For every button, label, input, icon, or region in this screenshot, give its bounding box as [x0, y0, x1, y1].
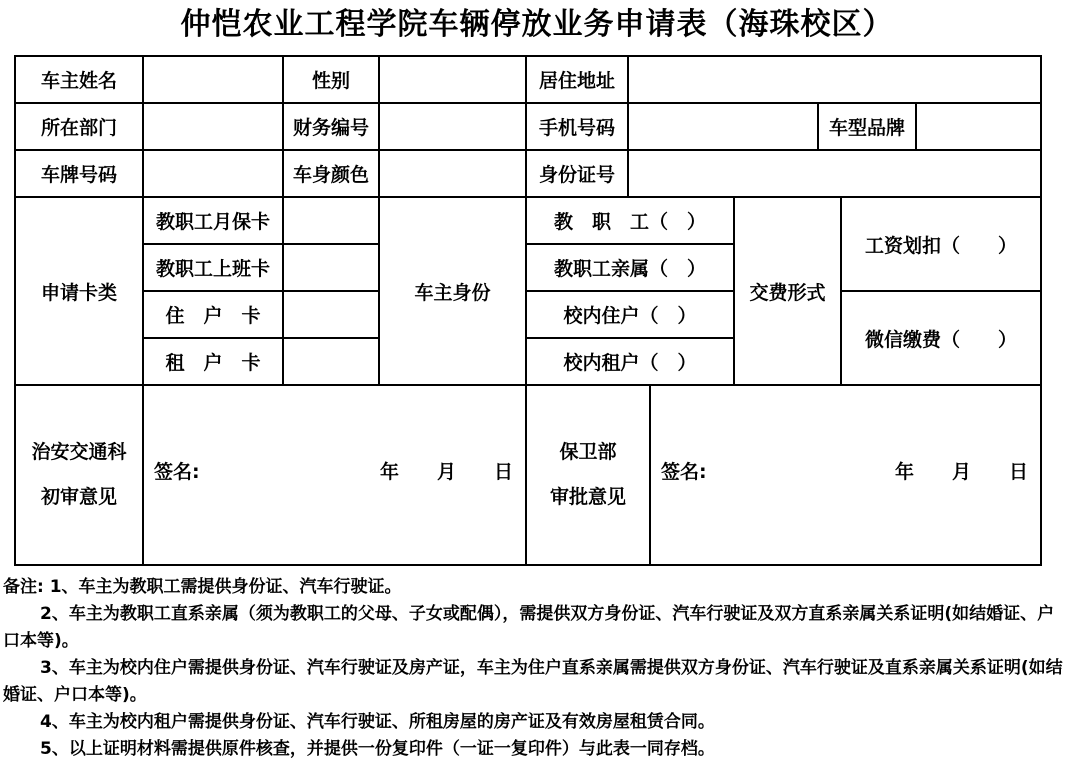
note-line-1: 备注: 1、车主为教职工需提供身份证、汽车行驶证。: [3, 574, 1070, 601]
payment-wechat-option: 微信缴费（ ）: [841, 291, 1041, 385]
info-row-2: 所在部门 财务编号 手机号码 车型品牌: [15, 103, 1041, 150]
owner-identity-header: 车主身份: [379, 197, 526, 385]
note-line-5: 5、以上证明材料需提供原件核查，并提供一份复印件（一证一复印件）与此表一同存档。: [3, 736, 1070, 763]
security-dept-sign-row: 签名: 年 月 日: [651, 457, 1040, 494]
approval-row: 治安交通科 初审意见 签名: 年 月 日 保卫部 审批意见 签名: 年 月 日: [15, 385, 1041, 565]
info-row-1: 车主姓名 性别 居住地址: [15, 56, 1041, 103]
card-type-tenant-label: 租 户 卡: [143, 338, 283, 385]
form-title: 仲恺农业工程学院车辆停放业务申请表（海珠校区）: [0, 6, 1074, 44]
car-brand-label: 车型品牌: [818, 103, 916, 150]
identity-staff-family-option: 教职工亲属（ ）: [526, 244, 734, 291]
security-traffic-review-line2: 初审意见: [16, 475, 142, 520]
security-traffic-review-content: 签名: 年 月 日: [143, 385, 526, 565]
form-page: 仲恺农业工程学院车辆停放业务申请表（海珠校区） 车主姓名 性别 居住地址 所在部…: [0, 6, 1074, 771]
card-type-monthly-check: [283, 197, 379, 244]
note-line-4: 4、车主为校内租户需提供身份证、汽车行驶证、所租房屋的房产证及有效房屋租赁合同。: [3, 709, 1070, 736]
note-line-2: 2、车主为教职工直系亲属（须为教职工的父母、子女或配偶），需提供双方身份证、汽车…: [3, 601, 1070, 655]
car-color-value: [379, 150, 526, 197]
gender-value: [379, 56, 526, 103]
info-row-3: 车牌号码 车身颜色 身份证号: [15, 150, 1041, 197]
card-row-3: 住 户 卡 校内住户（ ） 微信缴费（ ）: [15, 291, 1041, 338]
card-type-tenant-check: [283, 338, 379, 385]
finance-no-label: 财务编号: [283, 103, 379, 150]
security-dept-approval-content: 签名: 年 月 日: [650, 385, 1041, 565]
owner-info-table: 车主姓名 性别 居住地址 所在部门 财务编号 手机号码 车型品牌 车牌号码 车身…: [14, 55, 1042, 198]
security-dept-approval-line2: 审批意见: [527, 475, 649, 520]
card-type-monthly-label: 教职工月保卡: [143, 197, 283, 244]
card-type-header: 申请卡类: [15, 197, 143, 385]
note-line-3: 3、车主为校内住户需提供身份证、汽车行驶证及房产证，车主为住户直系亲属需提供双方…: [3, 655, 1070, 709]
plate-no-label: 车牌号码: [15, 150, 143, 197]
card-type-resident-label: 住 户 卡: [143, 291, 283, 338]
address-value: [628, 56, 1041, 103]
owner-name-label: 车主姓名: [15, 56, 143, 103]
card-type-commute-label: 教职工上班卡: [143, 244, 283, 291]
car-color-label: 车身颜色: [283, 150, 379, 197]
id-no-value: [628, 150, 1041, 197]
finance-no-value: [379, 103, 526, 150]
phone-label: 手机号码: [526, 103, 628, 150]
card-type-resident-check: [283, 291, 379, 338]
security-dept-approval-label: 保卫部 审批意见: [526, 385, 650, 565]
card-application-table: 申请卡类 教职工月保卡 车主身份 教 职 工（ ） 交费形式 工资划扣（ ） 教…: [14, 196, 1042, 386]
sign-label-left: 签名:: [154, 457, 200, 484]
identity-tenant-option: 校内租户（ ）: [526, 338, 734, 385]
plate-no-value: [143, 150, 283, 197]
card-type-commute-check: [283, 244, 379, 291]
phone-value: [628, 103, 818, 150]
address-label: 居住地址: [526, 56, 628, 103]
approval-table: 治安交通科 初审意见 签名: 年 月 日 保卫部 审批意见 签名: 年 月 日: [14, 384, 1042, 566]
car-brand-value: [916, 103, 1041, 150]
sign-label-right: 签名:: [661, 457, 707, 484]
id-no-label: 身份证号: [526, 150, 628, 197]
security-traffic-review-label: 治安交通科 初审意见: [15, 385, 143, 565]
identity-resident-option: 校内住户（ ）: [526, 291, 734, 338]
owner-name-value: [143, 56, 283, 103]
department-value: [143, 103, 283, 150]
security-dept-approval-line1: 保卫部: [527, 430, 649, 475]
identity-staff-option: 教 职 工（ ）: [526, 197, 734, 244]
security-traffic-sign-row: 签名: 年 月 日: [144, 457, 525, 494]
security-traffic-review-line1: 治安交通科: [16, 430, 142, 475]
date-label-right: 年 月 日: [895, 457, 1028, 484]
date-label-left: 年 月 日: [380, 457, 513, 484]
department-label: 所在部门: [15, 103, 143, 150]
card-row-1: 申请卡类 教职工月保卡 车主身份 教 职 工（ ） 交费形式 工资划扣（ ）: [15, 197, 1041, 244]
gender-label: 性别: [283, 56, 379, 103]
notes-section: 备注: 1、车主为教职工需提供身份证、汽车行驶证。 2、车主为教职工直系亲属（须…: [3, 574, 1070, 763]
payment-header: 交费形式: [734, 197, 841, 385]
payment-salary-option: 工资划扣（ ）: [841, 197, 1041, 291]
